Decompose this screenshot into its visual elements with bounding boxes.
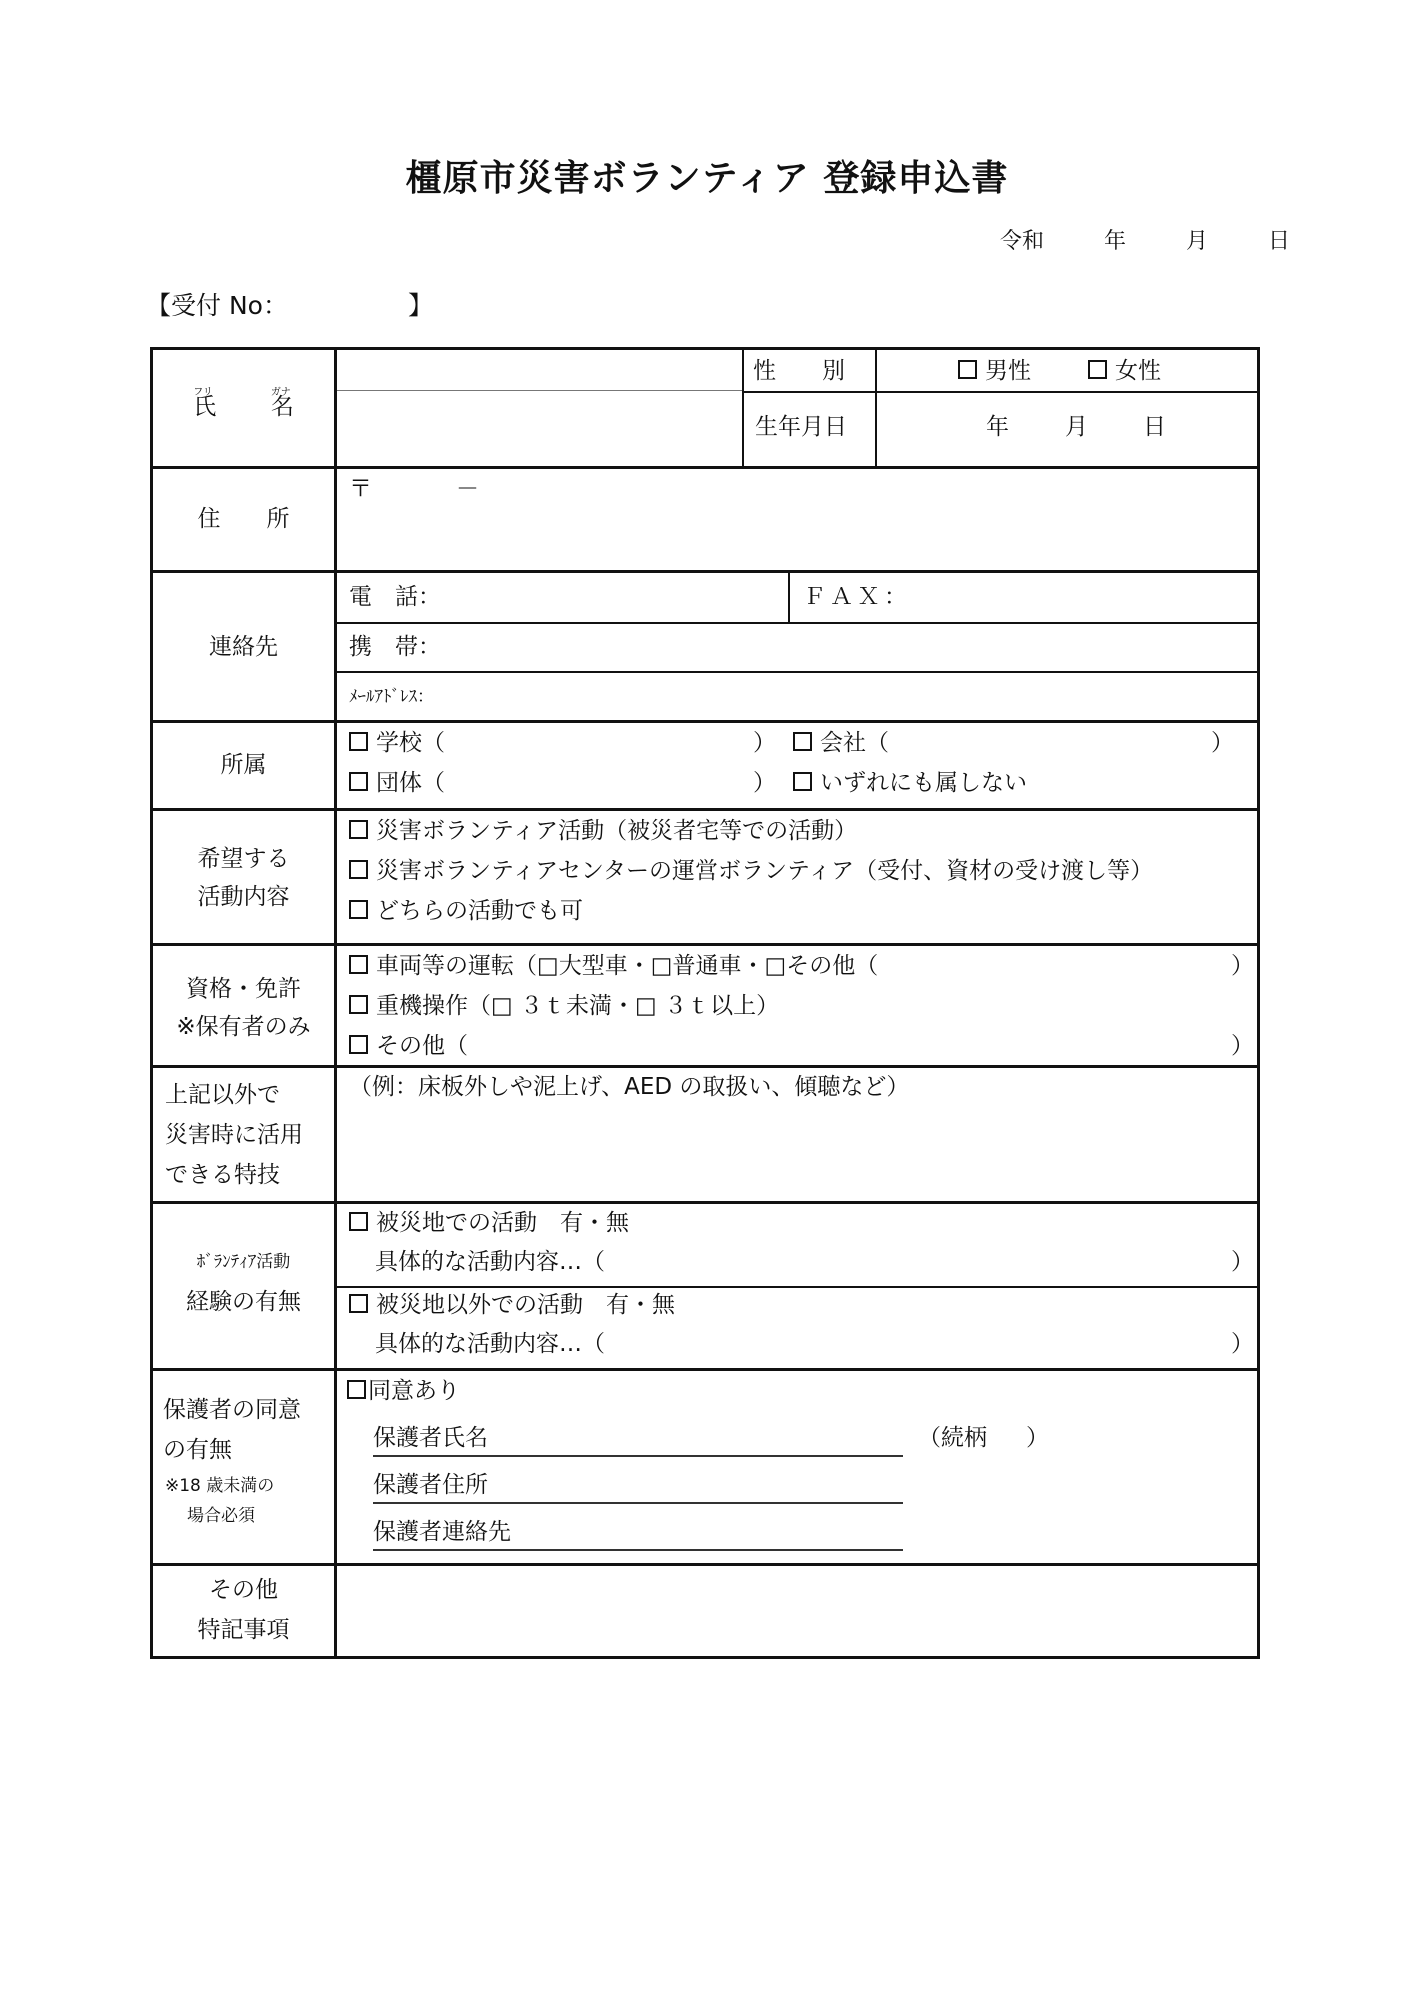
checkbox-icon[interactable] [793, 732, 812, 751]
date-month: 月 [1186, 224, 1208, 255]
mobile-field[interactable]: 携 帯： [349, 632, 441, 662]
guardian-label: 保護者の同意の有無 [163, 1390, 335, 1470]
guardian-address-field[interactable] [373, 1502, 903, 1504]
checkbox-icon[interactable] [958, 360, 977, 379]
date-year: 年 [1104, 224, 1126, 255]
activity-option-disaster[interactable]: 災害ボランティア活動（被災者宅等での活動） [349, 816, 857, 846]
phone-field[interactable]: 電 話： [349, 582, 441, 612]
affiliation-school[interactable]: 学校（ [349, 728, 445, 758]
guardian-contact-field[interactable] [373, 1549, 903, 1551]
checkbox-icon[interactable] [349, 772, 368, 791]
guardian-name-field[interactable] [373, 1455, 903, 1457]
birth-year[interactable]: 年 [986, 412, 1009, 442]
other-notes-label: その他特記事項 [153, 1570, 334, 1650]
guardian-consent[interactable]: 同意あり [347, 1376, 460, 1406]
name-field[interactable] [337, 391, 742, 466]
guardian-name-label: 保護者氏名 [373, 1423, 488, 1453]
affiliation-group[interactable]: 団体（ [349, 768, 445, 798]
checkbox-icon[interactable] [349, 860, 368, 879]
checkbox-icon[interactable] [349, 1212, 368, 1231]
document-title: 橿原市災害ボランティア 登録申込書 [0, 150, 1414, 201]
experience-other-detail[interactable]: 具体的な活動内容…（ [375, 1329, 605, 1359]
furigana-field[interactable] [337, 350, 742, 390]
checkbox-icon[interactable] [349, 1294, 368, 1313]
activity-option-center[interactable]: 災害ボランティアセンターの運営ボランティア（受付、資材の受け渡し等） [349, 856, 1153, 886]
gender-male-option[interactable]: 男性 [958, 356, 1031, 386]
other-notes-field[interactable] [337, 1566, 1257, 1656]
experience-disaster-area[interactable]: 被災地での活動 有・無 [349, 1208, 629, 1238]
checkbox-icon[interactable] [349, 1035, 368, 1054]
guardian-address-label: 保護者住所 [373, 1470, 488, 1500]
checkbox-icon[interactable] [349, 820, 368, 839]
gender-female-option[interactable]: 女性 [1088, 356, 1161, 386]
checkbox-icon[interactable] [349, 995, 368, 1014]
receipt-number: 【受付 No：】 [146, 286, 433, 322]
license-label: 資格・免許※保有者のみ [153, 970, 334, 1046]
affiliation-none[interactable]: いずれにも属しない [793, 768, 1027, 798]
name-label: フリ氏 ガナ名 [153, 388, 334, 426]
guardian-note-2: 場合必須 [187, 1501, 255, 1531]
email-field[interactable]: ﾒｰﾙｱﾄﾞﾚｽ： [349, 682, 434, 712]
contact-label: 連絡先 [153, 628, 334, 666]
birth-month[interactable]: 月 [1065, 412, 1088, 442]
skills-label: 上記以外で災害時に活用できる特技 [165, 1075, 335, 1195]
guardian-note-1: ※18 歳未満の [165, 1471, 274, 1501]
address-label: 住 所 [153, 500, 334, 538]
gender-label: 性 別 [753, 356, 845, 386]
checkbox-icon[interactable] [347, 1380, 366, 1399]
license-vehicle[interactable]: 車両等の運転（□大型車・□普通車・□その他（ [349, 951, 878, 981]
date-line: 令和 年 月 日 [1000, 224, 1290, 255]
registration-form: フリ氏 ガナ名 性 別 男性 女性 生年月日 年 月 日 住 所 〒 － 連絡先… [150, 347, 1260, 1659]
activity-option-either[interactable]: どちらの活動でも可 [349, 896, 583, 926]
fax-field[interactable]: ＦＡＸ： [803, 582, 911, 612]
checkbox-icon[interactable] [1088, 360, 1107, 379]
address-field[interactable] [337, 469, 1257, 570]
skills-field[interactable] [337, 1106, 1257, 1201]
experience-label: ﾎﾞﾗﾝﾃｨｱ活動経験の有無 [153, 1240, 334, 1322]
license-other[interactable]: その他（ [349, 1031, 468, 1061]
birth-day[interactable]: 日 [1143, 412, 1166, 442]
license-heavy-machinery[interactable]: 重機操作（□ ３ｔ未満・□ ３ｔ以上） [349, 991, 779, 1021]
experience-other-area[interactable]: 被災地以外での活動 有・無 [349, 1290, 675, 1320]
checkbox-icon[interactable] [349, 732, 368, 751]
affiliation-label: 所属 [153, 746, 334, 784]
date-day: 日 [1268, 224, 1290, 255]
birthdate-label: 生年月日 [755, 412, 847, 442]
checkbox-icon[interactable] [349, 955, 368, 974]
affiliation-company[interactable]: 会社（ [793, 728, 889, 758]
checkbox-icon[interactable] [349, 900, 368, 919]
activity-label: 希望する活動内容 [153, 840, 334, 916]
date-era: 令和 [1000, 224, 1044, 255]
guardian-relation-open: （続柄 [918, 1423, 987, 1453]
experience-disaster-detail[interactable]: 具体的な活動内容…（ [375, 1247, 605, 1277]
checkbox-icon[interactable] [793, 772, 812, 791]
skills-example: （例：床板外しや泥上げ、AED の取扱い、傾聴など） [349, 1072, 909, 1102]
guardian-contact-label: 保護者連絡先 [373, 1517, 511, 1547]
guardian-relation-close: ） [1026, 1423, 1049, 1453]
